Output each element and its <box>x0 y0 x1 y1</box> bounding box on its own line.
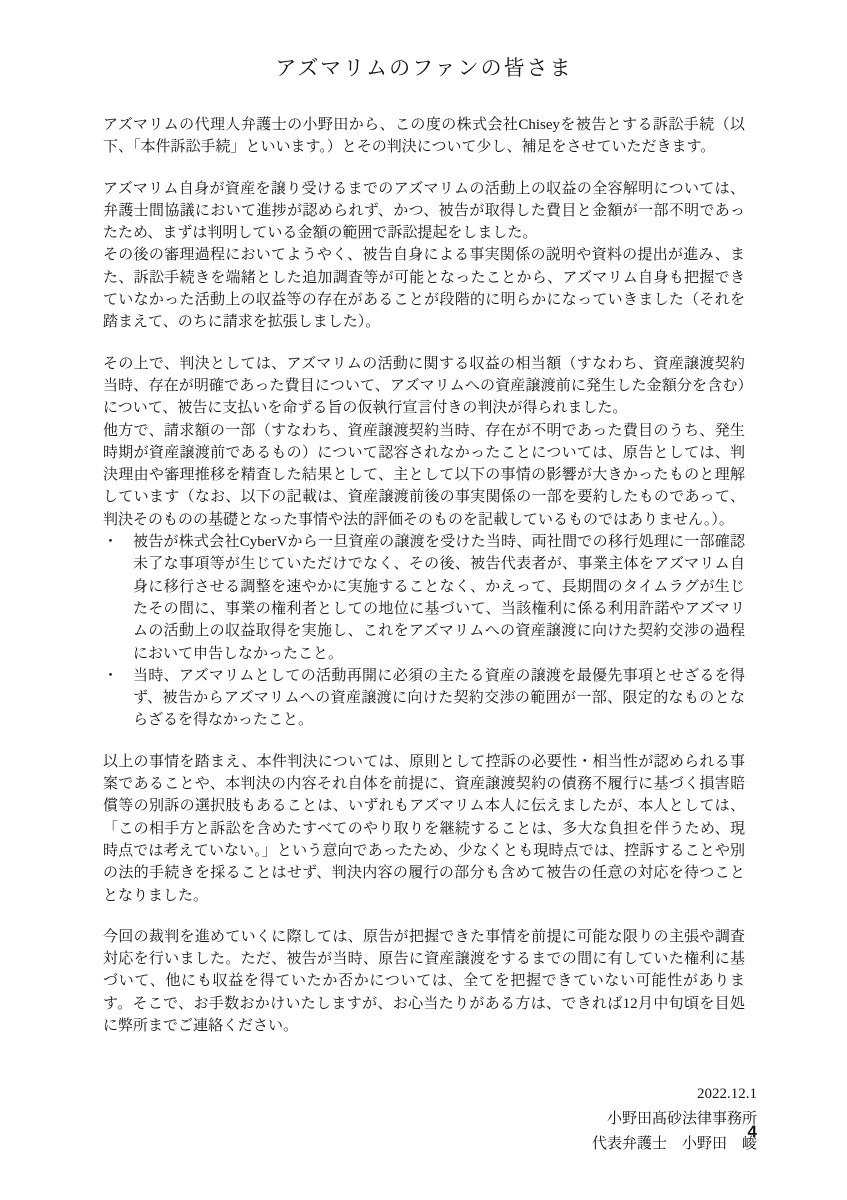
bullet-item-2: ・ 当時、アズマリムとしての活動再開に必須の主たる資産の譲渡を最優先事項とせざる… <box>103 665 745 732</box>
paragraph-text: その上で、判決としては、アズマリムの活動に関する収益の相当額（すなわち、資産譲渡… <box>103 353 745 420</box>
document-page: アズマリムのファンの皆さま アズマリムの代理人弁護士の小野田から、この度の株式会… <box>0 0 847 1200</box>
paragraph-contact-request: 今回の裁判を進めていくに際しては、原告が把握できた事情を前提に可能な限りの主張や… <box>103 926 745 1037</box>
bullet-marker: ・ <box>103 665 133 687</box>
paragraph-intro: アズマリムの代理人弁護士の小野田から、この度の株式会社Chiseyを被告とする訴… <box>103 114 745 159</box>
letter-title: アズマリムのファンの皆さま <box>103 54 745 82</box>
bullet-text: 当時、アズマリムとしての活動再開に必須の主たる資産の譲渡を最優先事項とせざるを得… <box>133 665 745 732</box>
paragraph-text: 他方で、請求額の一部（すなわち、資産譲渡契約当時、存在が不明であった費目のうち、… <box>103 420 745 531</box>
paragraph-text: 以上の事情を踏まえ、本件判決については、原則として控訴の必要性・相当性が認められ… <box>103 751 745 907</box>
bullet-text: 被告が株式会社CyberVから一旦資産の譲渡を受けた当時、両社間での移行処理に一… <box>133 531 745 665</box>
paragraph-text: 今回の裁判を進めていくに際しては、原告が把握できた事情を前提に可能な限りの主張や… <box>103 926 745 1037</box>
paragraph-text: アズマリム自身が資産を譲り受けるまでのアズマリムの活動上の収益の全容解明について… <box>103 178 745 245</box>
bullet-marker: ・ <box>103 531 133 553</box>
bullet-item-1: ・ 被告が株式会社CyberVから一旦資産の譲渡を受けた当時、両社間での移行処理… <box>103 531 745 665</box>
law-firm-name: 小野田髙砂法律事務所 <box>103 1107 757 1132</box>
paragraph-no-appeal: 以上の事情を踏まえ、本件判決については、原則として控訴の必要性・相当性が認められ… <box>103 751 745 907</box>
paragraph-text: アズマリムの代理人弁護士の小野田から、この度の株式会社Chiseyを被告とする訴… <box>103 114 745 159</box>
paragraph-text: その後の審理過程においてようやく、被告自身による事実関係の説明や資料の提出が進み… <box>103 244 745 333</box>
signer-name: 代表弁護士 小野田 峻 <box>103 1132 757 1157</box>
signature-block: 2022.12.1 小野田髙砂法律事務所 代表弁護士 小野田 峻 <box>103 1082 757 1157</box>
paragraph-lawsuit-background: アズマリム自身が資産を譲り受けるまでのアズマリムの活動上の収益の全容解明について… <box>103 178 745 334</box>
paragraph-judgment: その上で、判決としては、アズマリムの活動に関する収益の相当額（すなわち、資産譲渡… <box>103 353 745 732</box>
signature-date: 2022.12.1 <box>103 1082 757 1107</box>
page-number: 4 <box>748 1120 757 1144</box>
